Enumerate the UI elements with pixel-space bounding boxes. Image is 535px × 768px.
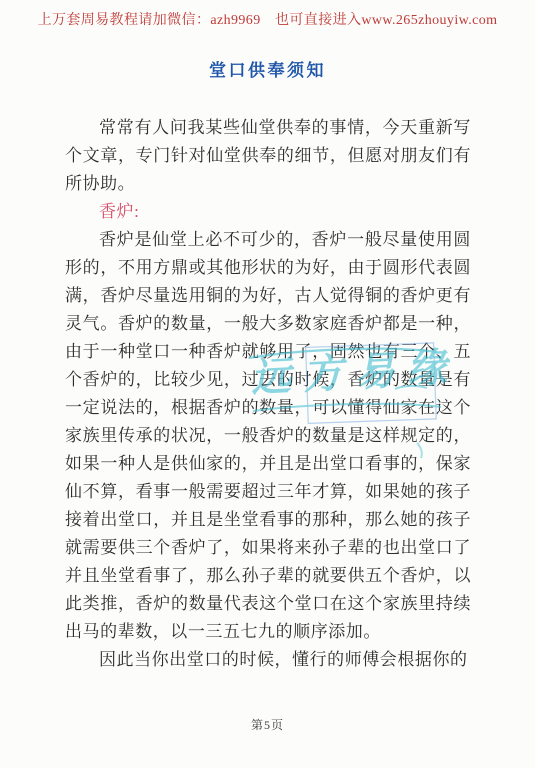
body-paragraph: 香炉是仙堂上必不可少的，香炉一般尽量使用圆形的，不用方鼎或其他形状的为好，由于圆… bbox=[65, 226, 471, 646]
promo-header-text: 上万套周易教程请加微信：azh9969 也可直接进入www.265zhouyiw… bbox=[0, 9, 535, 29]
document-page: 上万套周易教程请加微信：azh9969 也可直接进入www.265zhouyiw… bbox=[0, 0, 535, 768]
page-number: 第5页 bbox=[0, 716, 535, 733]
page-title: 堂口供奉须知 bbox=[0, 56, 535, 81]
closing-paragraph: 因此当你出堂口的时候，懂行的师傅会根据你的 bbox=[65, 646, 471, 674]
intro-paragraph: 常常有人问我某些仙堂供奉的事情，今天重新写个文章，专门针对仙堂供奉的细节，但愿对… bbox=[65, 114, 471, 198]
section-heading-incense-burner: 香炉: bbox=[65, 198, 471, 226]
document-body: 常常有人问我某些仙堂供奉的事情，今天重新写个文章，专门针对仙堂供奉的细节，但愿对… bbox=[65, 114, 471, 674]
